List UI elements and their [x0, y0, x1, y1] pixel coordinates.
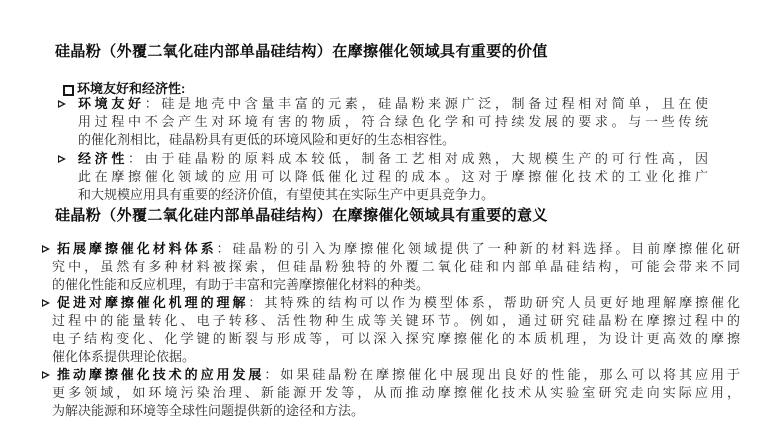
section-1-title: 硅晶粉（外覆二氧化硅内部单晶硅结构）在摩擦催化领域具有重要的价值: [55, 43, 548, 60]
bullet-text: ：由于硅晶粉的原料成本较低，制备工艺相对成熟，大规模生产的可行性高，因: [128, 151, 708, 166]
bullet-label: 促进对摩擦催化机理的理解: [57, 295, 248, 310]
document-page: 硅晶粉（外覆二氧化硅内部单晶硅结构）在摩擦催化领域具有重要的价值 环境友好和经济…: [0, 0, 780, 438]
arrow-bullet-icon: [58, 100, 66, 108]
bullet-item-economy: 经济性：由于硅晶粉的原料成本较低，制备工艺相对成熟，大规模生产的可行性高，因 此…: [78, 150, 708, 204]
bullet-label: 经济性: [78, 151, 128, 166]
arrow-bullet-icon: [42, 371, 50, 379]
arrow-bullet-icon: [42, 299, 50, 307]
bullet-line: 究中，虽然有多种材料被探索，但硅晶粉独特的外覆二氧化硅和内部单晶硅结构，可能会带…: [52, 258, 740, 276]
bullet-line: 电子结构变化、化学键的断裂与形成等，可以深入探究摩擦催化的本质机理，为设计更高效…: [52, 330, 740, 348]
bullet-item-environment: 环境友好：硅是地壳中含量丰富的元素，硅晶粉来源广泛，制备过程相对简单，且在使 用…: [78, 95, 708, 149]
arrow-bullet-icon: [42, 245, 50, 253]
bullet-text: ：如果硅晶粉在摩擦催化中展现出良好的性能，那么可以将其应用于: [264, 367, 740, 382]
bullet-line: 此在摩擦催化领域的应用可以降低催化过程的成本。这对于摩擦催化技术的工业化推广: [78, 168, 708, 186]
bullet-text: ：硅是地壳中含量丰富的元素，硅晶粉来源广泛，制备过程相对简单，且在使: [145, 96, 708, 111]
bullet-label: 推动摩擦催化技术的应用发展: [57, 367, 264, 382]
bullet-line: 过程中的能量转化、电子转移、活性物种生成等关键环节。例如，通过研究硅晶粉在摩擦过…: [52, 312, 740, 330]
bullet-item-materials: 拓展摩擦催化材料体系：硅晶粉的引入为摩擦催化领域提供了一种新的材料选择。目前摩擦…: [52, 240, 740, 294]
arrow-bullet-icon: [58, 155, 66, 163]
bullet-line: 用过程中不会产生对环境有害的物质，符合绿色化学和可持续发展的要求。与一些传统: [78, 113, 708, 131]
bullet-text: ：硅晶粉的引入为摩擦催化领域提供了一种新的材料选择。目前摩擦催化研: [217, 241, 740, 256]
bullet-line: 环境友好：硅是地壳中含量丰富的元素，硅晶粉来源广泛，制备过程相对简单，且在使: [78, 95, 708, 113]
square-bullet-icon: [63, 85, 74, 96]
bullet-label: 环境友好: [78, 96, 145, 111]
bullet-item-application: 推动摩擦催化技术的应用发展：如果硅晶粉在摩擦催化中展现出良好的性能，那么可以将其…: [52, 366, 740, 420]
bullet-line: 的催化性能和反应机理，有助于丰富和完善摩擦催化材料的种类。: [52, 276, 740, 294]
bullet-item-mechanism: 促进对摩擦催化机理的理解：其特殊的结构可以作为模型体系，帮助研究人员更好地理解摩…: [52, 294, 740, 366]
section-2-title: 硅晶粉（外覆二氧化硅内部单晶硅结构）在摩擦催化领域具有重要的意义: [55, 207, 548, 224]
bullet-label: 拓展摩擦催化材料体系: [57, 241, 217, 256]
bullet-line: 拓展摩擦催化材料体系：硅晶粉的引入为摩擦催化领域提供了一种新的材料选择。目前摩擦…: [52, 240, 740, 258]
bullet-line: 催化体系提供理论依据。: [52, 348, 740, 366]
bullet-line: 经济性：由于硅晶粉的原料成本较低，制备工艺相对成熟，大规模生产的可行性高，因: [78, 150, 708, 168]
bullet-line: 促进对摩擦催化机理的理解：其特殊的结构可以作为模型体系，帮助研究人员更好地理解摩…: [52, 294, 740, 312]
bullet-line: 更多领域，如环境污染治理、新能源开发等，从而推动摩擦催化技术从实验室研究走向实际…: [52, 384, 740, 402]
bullet-line: 和大规模应用具有重要的经济价值，有望使其在实际生产中更具竞争力。: [78, 186, 708, 204]
bullet-line: 推动摩擦催化技术的应用发展：如果硅晶粉在摩擦催化中展现出良好的性能，那么可以将其…: [52, 366, 740, 384]
bullet-text: ：其特殊的结构可以作为模型体系，帮助研究人员更好地理解摩擦催化: [248, 295, 740, 310]
bullet-line: 的催化剂相比，硅晶粉具有更低的环境风险和更好的生态相容性。: [78, 131, 708, 149]
bullet-line: 为解决能源和环境等全球性问题提供新的途径和方法。: [52, 402, 740, 420]
